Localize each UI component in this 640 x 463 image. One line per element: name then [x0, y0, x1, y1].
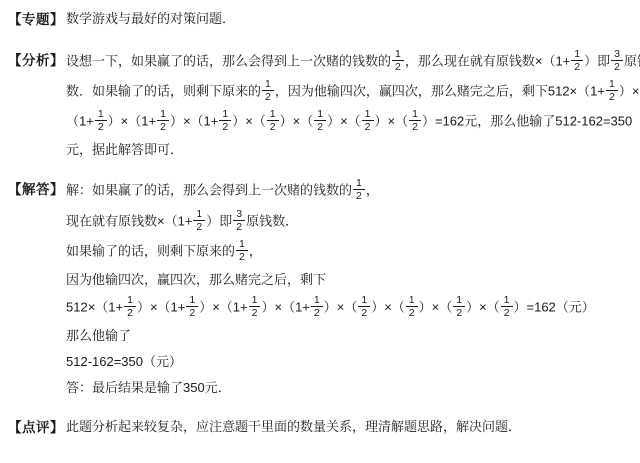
- fraction: 12: [606, 78, 618, 103]
- section-zhuanti: 【专题】数学游戏与最好的对策问题．: [8, 6, 632, 34]
- section-label-zhuanti: 【专题】: [8, 6, 66, 34]
- fraction-denominator: 2: [501, 307, 513, 319]
- fraction: 12: [95, 108, 107, 133]
- fraction-numerator: 1: [501, 294, 513, 307]
- fraction: 32: [611, 48, 623, 73]
- fraction-numerator: 1: [249, 294, 261, 307]
- fraction-numerator: 1: [409, 108, 421, 121]
- fraction: 12: [358, 294, 370, 319]
- fraction-denominator: 2: [611, 61, 623, 73]
- fraction: 12: [501, 294, 513, 319]
- fraction-numerator: 1: [311, 294, 323, 307]
- fraction: 12: [314, 108, 326, 133]
- fraction: 12: [219, 108, 231, 133]
- fraction-numerator: 1: [406, 294, 418, 307]
- text-line: 那么他输了: [66, 323, 632, 349]
- fraction-denominator: 2: [606, 91, 618, 103]
- text-line: 答：最后结果是输了350元．: [66, 375, 632, 401]
- fraction-denominator: 2: [193, 221, 205, 233]
- text-line: 数学游戏与最好的对策问题．: [66, 6, 632, 32]
- fraction-denominator: 2: [314, 121, 326, 133]
- fraction-numerator: 1: [193, 208, 205, 221]
- fraction: 12: [249, 294, 261, 319]
- fraction-numerator: 1: [353, 177, 365, 190]
- fraction-numerator: 1: [358, 294, 370, 307]
- fraction-numerator: 1: [157, 108, 169, 121]
- section-label-jieda: 【解答】: [8, 176, 66, 204]
- fraction-numerator: 1: [267, 108, 279, 121]
- fraction: 12: [124, 294, 136, 319]
- fraction-denominator: 2: [157, 121, 169, 133]
- fraction-denominator: 2: [362, 121, 374, 133]
- section-content-dianping: 此题分析起来较复杂，应注意题干里面的数量关系，理清解题思路，解决问题．: [66, 414, 632, 440]
- fraction: 12: [311, 294, 323, 319]
- text-line: 元，据此解答即可．: [66, 137, 632, 163]
- fraction-denominator: 2: [353, 190, 365, 202]
- section-content-fenxi: 设想一下，如果赢了的话，那么会得到上一次赌的钱数的12，那么现在就有原钱数×（1…: [66, 47, 632, 163]
- fraction-denominator: 2: [311, 307, 323, 319]
- fraction: 32: [233, 208, 245, 233]
- fraction-denominator: 2: [219, 121, 231, 133]
- fraction: 12: [267, 108, 279, 133]
- fraction-denominator: 2: [409, 121, 421, 133]
- fraction: 12: [409, 108, 421, 133]
- fraction-denominator: 2: [571, 61, 583, 73]
- fraction: 12: [392, 48, 404, 73]
- text-line: 如果输了的话，则剩下原来的12，: [66, 237, 632, 267]
- text-line: 设想一下，如果赢了的话，那么会得到上一次赌的钱数的12，那么现在就有原钱数×（1…: [66, 47, 632, 77]
- text-line: （1+12）×（1+12）×（1+12）×（12）×（12）×（12）×（12）…: [66, 107, 632, 137]
- fraction-denominator: 2: [392, 61, 404, 73]
- fraction-denominator: 2: [453, 307, 465, 319]
- fraction: 12: [571, 48, 583, 73]
- fraction-numerator: 1: [95, 108, 107, 121]
- fraction-numerator: 1: [362, 108, 374, 121]
- text-line: 因为他输四次，赢四次，那么赌完之后，剩下: [66, 267, 632, 293]
- fraction: 12: [453, 294, 465, 319]
- fraction-numerator: 1: [262, 78, 274, 91]
- text-line: 512-162=350（元）: [66, 349, 632, 375]
- fraction-numerator: 1: [219, 108, 231, 121]
- section-content-jieda: 解：如果赢了的话，那么会得到上一次赌的钱数的12，现在就有原钱数×（1+12）即…: [66, 176, 632, 401]
- fraction-numerator: 1: [314, 108, 326, 121]
- fraction-numerator: 1: [571, 48, 583, 61]
- fraction: 12: [157, 108, 169, 133]
- fraction: 12: [262, 78, 274, 103]
- fraction: 12: [186, 294, 198, 319]
- fraction-numerator: 1: [453, 294, 465, 307]
- sections-container: 【专题】数学游戏与最好的对策问题．【分析】设想一下，如果赢了的话，那么会得到上一…: [8, 6, 632, 442]
- fraction-denominator: 2: [236, 251, 248, 263]
- section-label-fenxi: 【分析】: [8, 47, 66, 75]
- fraction-denominator: 2: [233, 221, 245, 233]
- fraction-numerator: 3: [611, 48, 623, 61]
- section-dianping: 【点评】此题分析起来较复杂，应注意题干里面的数量关系，理清解题思路，解决问题．: [8, 414, 632, 442]
- fraction: 12: [362, 108, 374, 133]
- fraction-numerator: 3: [233, 208, 245, 221]
- section-label-dianping: 【点评】: [8, 414, 66, 442]
- fraction-denominator: 2: [186, 307, 198, 319]
- fraction-numerator: 1: [606, 78, 618, 91]
- text-line: 此题分析起来较复杂，应注意题干里面的数量关系，理清解题思路，解决问题．: [66, 414, 632, 440]
- text-line: 现在就有原钱数×（1+12）即32原钱数．: [66, 207, 632, 237]
- fraction-denominator: 2: [406, 307, 418, 319]
- fraction-denominator: 2: [358, 307, 370, 319]
- fraction-denominator: 2: [124, 307, 136, 319]
- section-fenxi: 【分析】设想一下，如果赢了的话，那么会得到上一次赌的钱数的12，那么现在就有原钱…: [8, 47, 632, 163]
- text-line: 512×（1+12）×（1+12）×（1+12）×（1+12）×（12）×（12…: [66, 293, 632, 323]
- fraction-denominator: 2: [95, 121, 107, 133]
- fraction: 12: [353, 177, 365, 202]
- section-jieda: 【解答】解：如果赢了的话，那么会得到上一次赌的钱数的12，现在就有原钱数×（1+…: [8, 176, 632, 401]
- fraction: 12: [193, 208, 205, 233]
- fraction: 12: [236, 238, 248, 263]
- fraction-denominator: 2: [249, 307, 261, 319]
- fraction-numerator: 1: [124, 294, 136, 307]
- document-page: 【专题】数学游戏与最好的对策问题．【分析】设想一下，如果赢了的话，那么会得到上一…: [0, 0, 640, 463]
- fraction-numerator: 1: [236, 238, 248, 251]
- fraction: 12: [406, 294, 418, 319]
- text-line: 数．如果输了的话，则剩下原来的12，因为他输四次，赢四次，那么赌完之后，剩下51…: [66, 77, 632, 107]
- fraction-numerator: 1: [186, 294, 198, 307]
- fraction-numerator: 1: [392, 48, 404, 61]
- fraction-denominator: 2: [262, 91, 274, 103]
- fraction-denominator: 2: [267, 121, 279, 133]
- text-line: 解：如果赢了的话，那么会得到上一次赌的钱数的12，: [66, 176, 632, 206]
- section-content-zhuanti: 数学游戏与最好的对策问题．: [66, 6, 632, 32]
